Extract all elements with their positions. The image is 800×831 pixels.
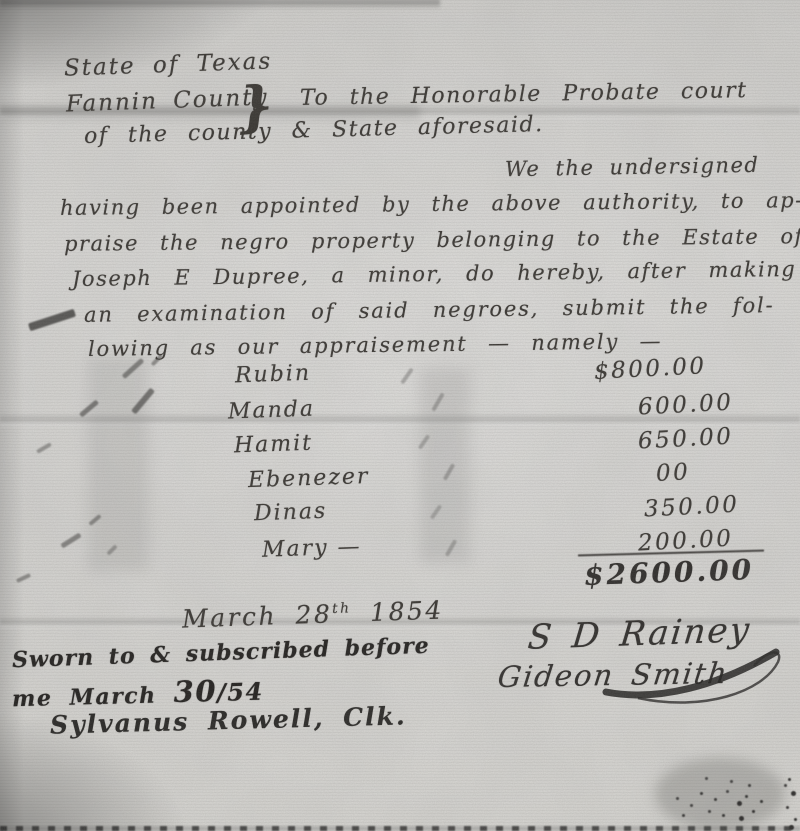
date-prefix: March 28 <box>182 599 333 633</box>
appraisal-row-name: Dinas <box>254 499 328 527</box>
appraisal-row-name: Manda <box>228 396 316 424</box>
body-line-2: praise the negro property belonging to t… <box>64 224 800 256</box>
body-line-5: lowing as our appraisement — namely — <box>88 329 663 361</box>
appraisal-row-name: Mary — <box>262 534 362 562</box>
appraisal-row-name: Rubin <box>235 361 312 389</box>
body-line-3: Joseph E Dupree, a minor, do hereby, aft… <box>72 257 797 291</box>
body-line-4: an examination of said negroes, submit t… <box>84 293 775 327</box>
body-line-1: having been appointed by the above autho… <box>60 188 800 220</box>
scanned-document-page: State of Texas Fannin County } To the Ho… <box>0 0 800 831</box>
ink-blot-mark <box>60 533 81 549</box>
appraisal-row-value: $800.00 <box>593 353 707 385</box>
scan-edge-shadow-bottom <box>0 826 800 831</box>
appraisal-row-value: 600.00 <box>637 390 734 421</box>
appraisal-row-value: 00 <box>655 459 691 487</box>
appraisal-row-value: 650.00 <box>637 424 734 455</box>
attestation-line-1: Sworn to & subscribed before <box>12 633 430 674</box>
appraisal-total: $2600.00 <box>583 553 754 592</box>
stain-right-edge <box>788 778 791 781</box>
bleedthrough-smudge-column <box>88 356 148 571</box>
stain-speckles <box>700 792 703 795</box>
stain-bottom-right <box>655 758 785 830</box>
date-year: 1854 <box>351 595 444 627</box>
ink-blot-mark <box>36 442 52 453</box>
appraisal-row-value: 350.00 <box>643 492 740 523</box>
signature-flourish <box>598 642 798 706</box>
appraisal-row-name: Ebenezer <box>248 464 370 493</box>
ink-blot-mark <box>28 309 76 331</box>
scan-edge-shadow-top <box>0 0 440 9</box>
ink-blot-mark <box>16 573 31 583</box>
attestation-date-day: 30 <box>173 674 217 709</box>
appraisal-row-name: Hamit <box>234 431 314 459</box>
bleedthrough-smudge-column <box>420 368 470 563</box>
ink-blot-mark <box>400 367 414 384</box>
attestation-date-year: /54 <box>217 677 264 707</box>
body-opening: We the undersigned <box>505 153 760 181</box>
date-suffix: th <box>332 600 352 617</box>
